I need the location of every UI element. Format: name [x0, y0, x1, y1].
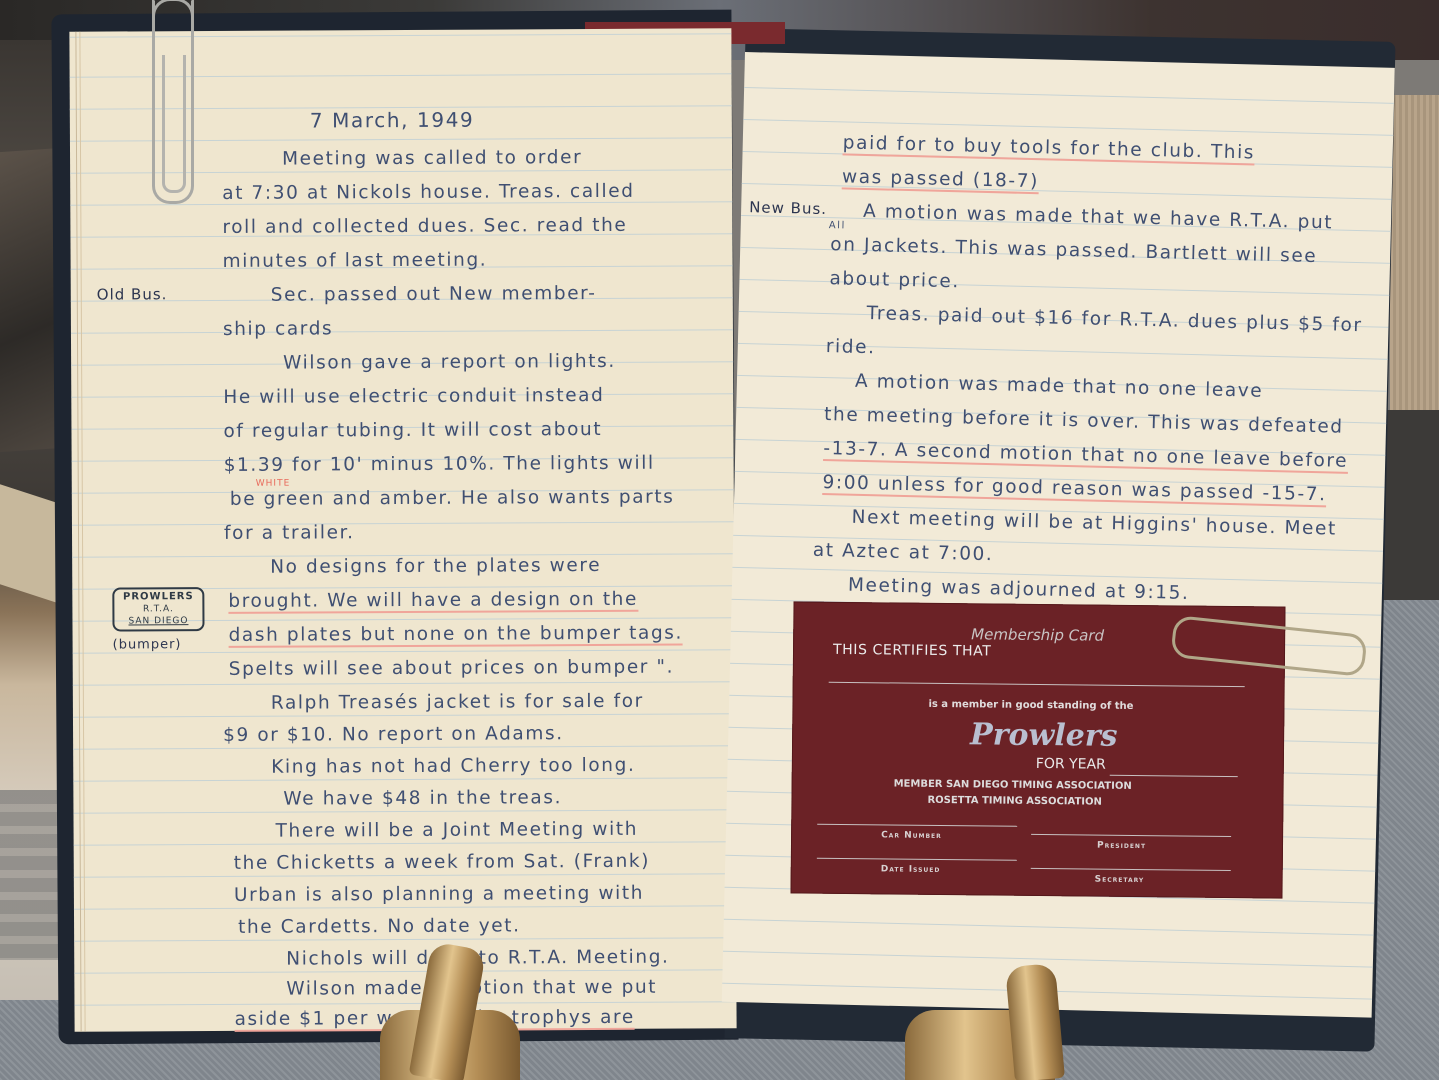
- president-line: [1031, 834, 1231, 837]
- minutes-line: brought. We will have a design on the: [228, 589, 638, 614]
- minutes-line: at Aztec at 7:00.: [813, 540, 994, 565]
- card-club-name: Prowlers: [970, 717, 1118, 754]
- minutes-line: There will be a Joint Meeting with: [276, 819, 639, 842]
- minutes-line: Next meeting will be at Higgins' house. …: [851, 507, 1337, 540]
- card-car-number-label: Car Number: [881, 830, 942, 841]
- display-stand-hook-right: [1005, 963, 1065, 1080]
- year-line: [1110, 775, 1238, 777]
- margin-note-new-business: New Bus.: [749, 198, 827, 218]
- minutes-line: Sec. passed out New member-: [271, 283, 597, 306]
- card-president-label: President: [1097, 841, 1146, 852]
- background-burlap: [1390, 95, 1439, 425]
- stamp-caption: (bumper): [113, 637, 182, 652]
- secretary-line: [1031, 868, 1231, 871]
- minutes-line: A motion was made that we have R.T.A. pu…: [863, 201, 1334, 233]
- minutes-line: at 7:30 at Nickols house. Treas. called: [222, 181, 634, 204]
- minutes-line: Meeting was called to order: [282, 147, 582, 170]
- minutes-line: Wilson gave a report on lights.: [283, 351, 616, 374]
- card-title: Membership Card: [971, 625, 1104, 644]
- minutes-line: ride.: [826, 336, 876, 358]
- minutes-line: the Chicketts a week from Sat. (Frank): [234, 851, 650, 874]
- minutes-line: paid for to buy tools for the club. This: [843, 132, 1256, 165]
- minutes-line: King has not had Cherry too long.: [271, 755, 635, 778]
- card-for-year: FOR YEAR: [1036, 756, 1106, 773]
- minutes-line: on Jackets. This was passed. Bartlett wi…: [830, 234, 1317, 267]
- minutes-line: Spelts will see about prices on bumper "…: [229, 657, 674, 680]
- minutes-line: the meeting before it is over. This was …: [824, 404, 1344, 438]
- minutes-line: He will use electric conduit instead: [223, 385, 604, 408]
- minutes-line: dash plates but none on the bumper tags.: [228, 623, 683, 648]
- minutes-line: $1.39 for 10' minus 10%. The lights will: [224, 453, 655, 476]
- minutes-line: about price.: [829, 268, 960, 292]
- minutes-line: $9 or $10. No report on Adams.: [223, 723, 564, 746]
- stamp-line-1: PROWLERS: [114, 591, 202, 603]
- minutes-line: We have $48 in the treas.: [283, 787, 562, 809]
- minutes-line: the Cardetts. No date yet.: [238, 915, 521, 937]
- minutes-line: Ralph Treasés jacket is for sale for: [271, 691, 644, 714]
- minutes-line: No designs for the plates were: [270, 555, 601, 578]
- minutes-line: for a trailer.: [224, 522, 355, 544]
- minutes-line: 9:00 unless for good reason was passed -…: [822, 472, 1327, 507]
- paperclip-inner-icon: [162, 55, 186, 193]
- card-secretary-label: Secretary: [1095, 875, 1145, 886]
- card-certifies: THIS CERTIFIES THAT: [833, 642, 992, 660]
- minutes-line: was passed (18-7): [842, 166, 1039, 194]
- stamp-line-3: SAN DIEGO: [114, 615, 202, 627]
- member-name-line: [829, 682, 1245, 687]
- stamp-line-2: R.T.A.: [114, 603, 202, 615]
- minutes-line: ship cards: [223, 318, 333, 340]
- prowlers-stamp: PROWLERS R.T.A. SAN DIEGO: [112, 587, 204, 631]
- minutes-line: of regular tubing. It will cost about: [223, 419, 602, 442]
- margin-insert-all: All: [829, 220, 846, 231]
- background-dark-object: [1380, 410, 1439, 610]
- minutes-line: minutes of last meeting.: [223, 250, 488, 272]
- card-date-issued-label: Date Issued: [881, 864, 941, 875]
- minutes-line: roll and collected dues. Sec. read the: [222, 215, 627, 238]
- date-issued-line: [817, 858, 1017, 861]
- car-number-line: [817, 824, 1017, 827]
- minutes-line: Urban is also planning a meeting with: [234, 883, 644, 906]
- card-association-2: ROSETTA TIMING ASSOCIATION: [927, 795, 1102, 808]
- margin-note-old-business: Old Bus.: [97, 285, 168, 303]
- card-association-1: MEMBER SAN DIEGO TIMING ASSOCIATION: [894, 778, 1132, 791]
- minutes-line: be green and amber. He also wants parts: [230, 487, 675, 510]
- minutes-line: Meeting was adjourned at 9:15.: [848, 575, 1190, 604]
- minutes-line: -13-7. A second motion that no one leave…: [823, 438, 1348, 474]
- correction-note: WHITE: [256, 479, 291, 489]
- entry-date: 7 March, 1949: [310, 108, 475, 133]
- card-member-text: is a member in good standing of the: [928, 699, 1133, 712]
- minutes-line: A motion was made that no one leave: [855, 371, 1264, 402]
- minutes-line: Treas. paid out $16 for R.T.A. dues plus…: [866, 303, 1363, 336]
